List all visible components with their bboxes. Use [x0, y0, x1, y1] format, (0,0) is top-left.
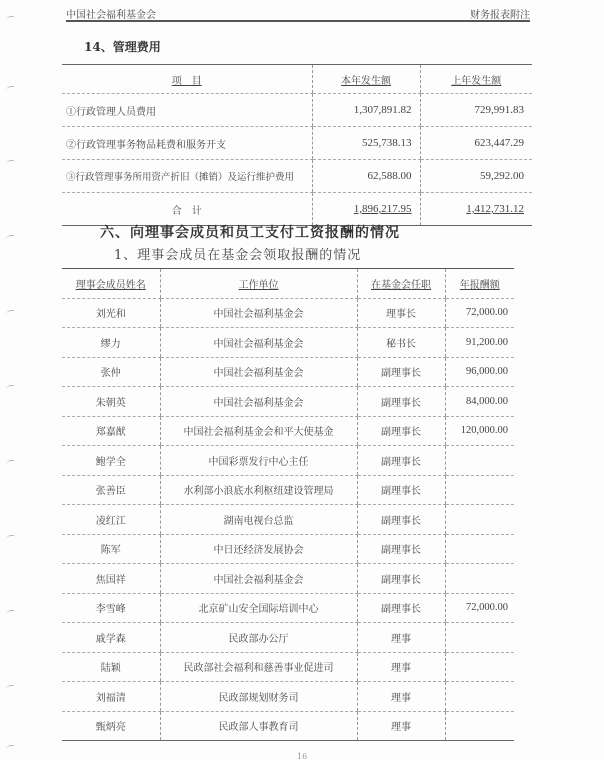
table-row: 朱朝英中国社会福利基金会副理事长84,000.00 [62, 387, 514, 417]
name-cell: 张善臣 [62, 475, 160, 505]
table-row: 鲍学全中国彩票发行中心主任副理事长 [62, 446, 514, 476]
pay-cell [445, 564, 514, 594]
unit-cell: 水利部小浪底水利枢纽建设管理局 [160, 475, 357, 505]
pay-cell [445, 652, 514, 682]
name-cell: 陆颖 [62, 652, 160, 682]
table-row: 张善臣水利部小浪底水利枢纽建设管理局副理事长 [62, 475, 514, 505]
unit-cell: 中国彩票发行中心主任 [160, 446, 357, 476]
position-cell: 副理事长 [357, 564, 445, 594]
table-row: 李雪峰北京矿山安全国际培训中心副理事长72,000.00 [62, 593, 514, 623]
name-cell: 刘光和 [62, 298, 160, 328]
name-cell: 戚学森 [62, 623, 160, 653]
name-cell: 鲍学全 [62, 446, 160, 476]
table-header-row: 项 目 本年发生额 上年发生额 [62, 65, 532, 94]
section-6-title: 六、向理事会成员和员工支付工资报酬的情况 [100, 222, 400, 242]
binding-mark [6, 385, 14, 390]
pay-cell: 72,000.00 [445, 298, 514, 328]
table-row: 甄炳亮民政部人事教育司理事 [62, 711, 514, 741]
pay-cell [445, 534, 514, 564]
unit-cell: 中国社会福利基金会和平大使基金 [160, 416, 357, 446]
table-row: 陆颖民政部社会福利和慈善事业促进司理事 [62, 652, 514, 682]
position-cell: 副理事长 [357, 357, 445, 387]
binding-mark [6, 86, 14, 91]
binding-mark [6, 460, 14, 465]
pay-cell: 96,000.00 [445, 357, 514, 387]
board-compensation-table: 理事会成员姓名 工作单位 在基金会任职 年报酬额 刘光和中国社会福利基金会理事长… [62, 268, 514, 741]
pay-cell [445, 505, 514, 535]
name-cell: 郑嘉猷 [62, 416, 160, 446]
pay-cell: 72,000.00 [445, 593, 514, 623]
position-cell: 理事 [357, 682, 445, 712]
section-6-subtitle: 1、理事会成员在基金会领取报酬的情况 [114, 244, 361, 263]
position-cell: 副理事长 [357, 593, 445, 623]
unit-cell: 民政部办公厅 [160, 623, 357, 653]
unit-cell: 中国社会福利基金会 [160, 357, 357, 387]
position-cell: 理事长 [357, 298, 445, 328]
col-header-unit: 工作单位 [160, 269, 357, 299]
table-row: 凌红江湖南电视台总监副理事长 [62, 505, 514, 535]
binding-mark [6, 685, 14, 690]
binding-mark [6, 535, 14, 540]
position-cell: 理事 [357, 652, 445, 682]
col-header-prior: 上年发生额 [420, 65, 532, 94]
name-cell: 朱朝英 [62, 387, 160, 417]
table-row: 刘福清民政部规划财务司理事 [62, 682, 514, 712]
name-cell: 张仲 [62, 357, 160, 387]
item-cell: ①行政管理人员费用 [62, 94, 312, 127]
position-cell: 副理事长 [357, 475, 445, 505]
position-cell: 副理事长 [357, 446, 445, 476]
pay-cell [445, 475, 514, 505]
name-cell: 甄炳亮 [62, 711, 160, 741]
position-cell: 理事 [357, 623, 445, 653]
pay-cell [445, 446, 514, 476]
name-cell: 陈军 [62, 534, 160, 564]
current-cell: 525,738.13 [312, 127, 420, 160]
section-14-title: 14、管理费用 [84, 38, 161, 55]
unit-cell: 中国社会福利基金会 [160, 328, 357, 358]
unit-cell: 民政部社会福利和慈善事业促进司 [160, 652, 357, 682]
col-header-item: 项 目 [62, 65, 312, 94]
pay-cell: 91,200.00 [445, 328, 514, 358]
binding-mark [6, 16, 14, 21]
col-header-pay: 年报酬额 [445, 269, 514, 299]
table-row: 郑嘉猷中国社会福利基金会和平大使基金副理事长120,000.00 [62, 416, 514, 446]
position-cell: 理事 [357, 711, 445, 741]
name-cell: 缪力 [62, 328, 160, 358]
pay-cell: 84,000.00 [445, 387, 514, 417]
current-cell: 62,588.00 [312, 160, 420, 193]
name-cell: 凌红江 [62, 505, 160, 535]
unit-cell: 中国社会福利基金会 [160, 387, 357, 417]
col-header-position: 在基金会任职 [357, 269, 445, 299]
unit-cell: 中国社会福利基金会 [160, 564, 357, 594]
total-prior: 1,412,731.12 [420, 193, 532, 226]
name-cell: 焦国祥 [62, 564, 160, 594]
item-cell: ③行政管理事务所用资产折旧（摊销）及运行维护费用 [62, 160, 312, 193]
table-row: ①行政管理人员费用 1,307,891.82 729,991.83 [62, 94, 532, 127]
binding-mark [6, 235, 14, 240]
binding-mark [6, 745, 14, 750]
pay-cell: 120,000.00 [445, 416, 514, 446]
prior-cell: 59,292.00 [420, 160, 532, 193]
col-header-current: 本年发生额 [312, 65, 420, 94]
position-cell: 秘书长 [357, 328, 445, 358]
table-row: 缪力中国社会福利基金会秘书长91,200.00 [62, 328, 514, 358]
unit-cell: 中国社会福利基金会 [160, 298, 357, 328]
position-cell: 副理事长 [357, 387, 445, 417]
total-label: 合 计 [62, 193, 312, 226]
doc-title: 财务报表附注 [470, 6, 530, 21]
table-row: ②行政管理事务物品耗费和服务开支 525,738.13 623,447.29 [62, 127, 532, 160]
prior-cell: 729,991.83 [420, 94, 532, 127]
unit-cell: 湖南电视台总监 [160, 505, 357, 535]
position-cell: 副理事长 [357, 416, 445, 446]
table-row: 张仲中国社会福利基金会副理事长96,000.00 [62, 357, 514, 387]
prior-cell: 623,447.29 [420, 127, 532, 160]
table-row: 焦国祥中国社会福利基金会副理事长 [62, 564, 514, 594]
binding-mark [6, 160, 14, 165]
pay-cell [445, 682, 514, 712]
unit-cell: 中日还经济发展协会 [160, 534, 357, 564]
unit-cell: 民政部规划财务司 [160, 682, 357, 712]
org-name: 中国社会福利基金会 [66, 6, 156, 21]
table-row: 刘光和中国社会福利基金会理事长72,000.00 [62, 298, 514, 328]
name-cell: 刘福清 [62, 682, 160, 712]
binding-mark [6, 610, 14, 615]
item-cell: ②行政管理事务物品耗费和服务开支 [62, 127, 312, 160]
col-header-name: 理事会成员姓名 [62, 269, 160, 299]
position-cell: 副理事长 [357, 534, 445, 564]
total-row: 合 计 1,896,217.95 1,412,731.12 [62, 193, 532, 226]
table-row: 戚学森民政部办公厅理事 [62, 623, 514, 653]
admin-expense-table: 项 目 本年发生额 上年发生额 ①行政管理人员费用 1,307,891.82 7… [62, 64, 532, 226]
total-current: 1,896,217.95 [312, 193, 420, 226]
position-cell: 副理事长 [357, 505, 445, 535]
table-header-row: 理事会成员姓名 工作单位 在基金会任职 年报酬额 [62, 269, 514, 299]
pay-cell [445, 711, 514, 741]
page-header: 中国社会福利基金会 财务报表附注 [66, 4, 530, 22]
table-row: 陈军中日还经济发展协会副理事长 [62, 534, 514, 564]
page-number: 16 [297, 752, 307, 760]
unit-cell: 民政部人事教育司 [160, 711, 357, 741]
binding-mark [6, 310, 14, 315]
current-cell: 1,307,891.82 [312, 94, 420, 127]
unit-cell: 北京矿山安全国际培训中心 [160, 593, 357, 623]
table-row: ③行政管理事务所用资产折旧（摊销）及运行维护费用 62,588.00 59,29… [62, 160, 532, 193]
pay-cell [445, 623, 514, 653]
name-cell: 李雪峰 [62, 593, 160, 623]
